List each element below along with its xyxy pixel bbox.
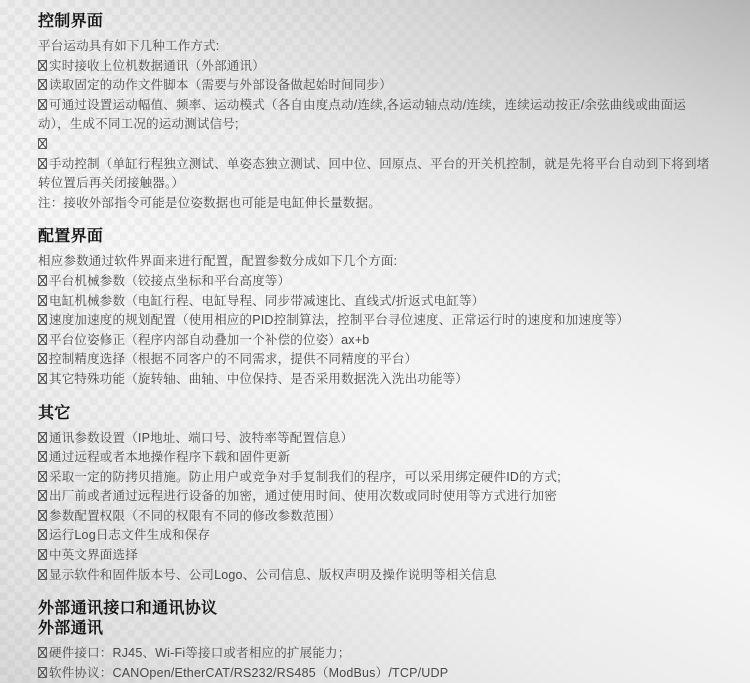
bullet-item: 读取固定的动作文件脚本（需要与外部设备做起始时间同步） <box>38 76 710 96</box>
ballot-box-x-icon <box>38 549 47 560</box>
bullet-item-text: 其它特殊功能（旋转轴、曲轴、中位保持、是否采用数据洗入洗出功能等） <box>49 372 468 386</box>
bullet-item-text: 控制精度选择（根据不同客户的不同需求，提供不同精度的平台） <box>49 352 417 366</box>
bullet-item: 其它特殊功能（旋转轴、曲轴、中位保持、是否采用数据洗入洗出功能等） <box>38 370 710 390</box>
bullet-item: 显示软件和固件版本号、公司Logo、公司信息、版权声明及操作说明等相关信息 <box>38 566 710 586</box>
bullet-item: 通过远程或者本地操作程序下载和固件更新 <box>38 448 710 468</box>
bullet-item-text: 运行Log日志文件生成和保存 <box>49 528 210 542</box>
bullet-item: 平台机械参数（铰接点坐标和平台高度等） <box>38 272 710 292</box>
bullet-item: 可通过设置运动幅值、频率、运动模式（各自由度点动/连续,各运动轴点动/连续，连续… <box>38 96 710 135</box>
bullet-item: 软件协议：CANOpen/EtherCAT/RS232/RS485（ModBus… <box>38 664 710 683</box>
bullet-item: 通讯参数设置（IP地址、端口号、波特率等配置信息） <box>38 429 710 449</box>
ballot-box-x-icon <box>38 510 47 521</box>
bullet-item: 电缸机械参数（电缸行程、电缸导程、同步带减速比、直线式/折返式电缸等） <box>38 292 710 312</box>
bullet-item-text: 电缸机械参数（电缸行程、电缸导程、同步带减速比、直线式/折返式电缸等） <box>49 294 484 308</box>
bullet-item-text: 读取固定的动作文件脚本（需要与外部设备做起始时间同步） <box>49 78 392 92</box>
document-body: 控制界面 平台运动具有如下几种工作方式: 实时接收上位机数据通讯（外部通讯） 读… <box>0 0 750 683</box>
bullet-item-text: 采取一定的防拷贝措施。防止用户或竞争对手复制我们的程序，可以采用绑定硬件ID的方… <box>49 470 561 484</box>
bullet-item-text: 通讯参数设置（IP地址、端口号、波特率等配置信息） <box>49 431 353 445</box>
section-external-comm: 外部通讯接口和通讯协议 外部通讯 硬件接口：RJ45、Wi-Fi等接口或者相应的… <box>38 600 710 683</box>
bullet-item-text: 硬件接口：RJ45、Wi-Fi等接口或者相应的扩展能力； <box>49 646 350 660</box>
ballot-box-x-icon <box>38 667 47 678</box>
bullet-item: 实时接收上位机数据通讯（外部通讯） <box>38 57 710 77</box>
ballot-box-x-icon <box>38 647 47 658</box>
bullet-item: 运行Log日志文件生成和保存 <box>38 526 710 546</box>
ballot-box-x-icon <box>38 569 47 580</box>
bullet-item: 平台位姿修正（程序内部自动叠加一个补偿的位姿）ax+b <box>38 331 710 351</box>
bullet-item: 硬件接口：RJ45、Wi-Fi等接口或者相应的扩展能力； <box>38 644 710 664</box>
bullet-item <box>38 135 710 155</box>
bullet-item-text: 显示软件和固件版本号、公司Logo、公司信息、版权声明及操作说明等相关信息 <box>49 568 497 582</box>
text-line: 相应参数通过软件界面来进行配置，配置参数分成如下几个方面: <box>38 252 710 272</box>
bullet-item-text: 通过远程或者本地操作程序下载和固件更新 <box>49 450 290 464</box>
ballot-box-x-icon <box>38 373 47 384</box>
bullet-item-text: 手动控制（单缸行程独立测试、单姿态独立测试、回中位、回原点、平台的开关机控制，就… <box>38 157 709 191</box>
bullet-item: 手动控制（单缸行程独立测试、单姿态独立测试、回中位、回原点、平台的开关机控制，就… <box>38 155 710 194</box>
ballot-box-x-icon <box>38 314 47 325</box>
bullet-item: 速度加速度的规划配置（使用相应的PID控制算法，控制平台寻位速度、正常运行时的速… <box>38 311 710 331</box>
ballot-box-x-icon <box>38 60 47 71</box>
bullet-item-text: 实时接收上位机数据通讯（外部通讯） <box>49 59 265 73</box>
section-config-interface: 配置界面 相应参数通过软件界面来进行配置，配置参数分成如下几个方面: 平台机械参… <box>38 228 710 389</box>
ballot-box-x-icon <box>38 138 47 149</box>
text-line: 平台运动具有如下几种工作方式: <box>38 37 710 57</box>
section-control-interface: 控制界面 平台运动具有如下几种工作方式: 实时接收上位机数据通讯（外部通讯） 读… <box>38 13 710 213</box>
ballot-box-x-icon <box>38 471 47 482</box>
ballot-box-x-icon <box>38 490 47 501</box>
ballot-box-x-icon <box>38 451 47 462</box>
bullet-item: 控制精度选择（根据不同客户的不同需求，提供不同精度的平台） <box>38 350 710 370</box>
bullet-item-text: 软件协议：CANOpen/EtherCAT/RS232/RS485（ModBus… <box>49 666 448 680</box>
page-background: 控制界面 平台运动具有如下几种工作方式: 实时接收上位机数据通讯（外部通讯） 读… <box>0 0 750 683</box>
bullet-item-text: 平台机械参数（铰接点坐标和平台高度等） <box>49 274 290 288</box>
bullet-item: 参数配置权限（不同的权限有不同的修改参数范围） <box>38 507 710 527</box>
ballot-box-x-icon <box>38 158 47 169</box>
ballot-box-x-icon <box>38 529 47 540</box>
ballot-box-x-icon <box>38 432 47 443</box>
line-text: 相应参数通过软件界面来进行配置，配置参数分成如下几个方面: <box>38 254 397 268</box>
bullet-item-text: 速度加速度的规划配置（使用相应的PID控制算法，控制平台寻位速度、正常运行时的速… <box>49 313 629 327</box>
note-line: 注：接收外部指令可能是位姿数据也可能是电缸伸长量数据。 <box>38 194 710 214</box>
section-heading: 控制界面 <box>38 13 710 31</box>
section-subheading: 外部通讯 <box>38 620 710 638</box>
bullet-item-text: 中英文界面选择 <box>49 548 138 562</box>
ballot-box-x-icon <box>38 334 47 345</box>
ballot-box-x-icon <box>38 275 47 286</box>
bullet-item-text: 出厂前或者通过远程进行设备的加密，通过使用时间、使用次数或同时使用等方式进行加密 <box>49 489 557 503</box>
bullet-item-text: 平台位姿修正（程序内部自动叠加一个补偿的位姿）ax+b <box>49 333 369 347</box>
bullet-item-text: 参数配置权限（不同的权限有不同的修改参数范围） <box>49 509 341 523</box>
ballot-box-x-icon <box>38 353 47 364</box>
line-text: 注：接收外部指令可能是位姿数据也可能是电缸伸长量数据。 <box>38 196 381 210</box>
line-text: 平台运动具有如下几种工作方式: <box>38 39 219 53</box>
bullet-item: 出厂前或者通过远程进行设备的加密，通过使用时间、使用次数或同时使用等方式进行加密 <box>38 487 710 507</box>
bullet-item-text: 可通过设置运动幅值、频率、运动模式（各自由度点动/连续,各运动轴点动/连续，连续… <box>38 98 686 132</box>
section-other: 其它 通讯参数设置（IP地址、端口号、波特率等配置信息） 通过远程或者本地操作程… <box>38 405 710 586</box>
section-heading: 外部通讯接口和通讯协议 <box>38 600 710 618</box>
ballot-box-x-icon <box>38 99 47 110</box>
section-heading: 配置界面 <box>38 228 710 246</box>
ballot-box-x-icon <box>38 79 47 90</box>
bullet-item: 中英文界面选择 <box>38 546 710 566</box>
bullet-item: 采取一定的防拷贝措施。防止用户或竞争对手复制我们的程序，可以采用绑定硬件ID的方… <box>38 468 710 488</box>
ballot-box-x-icon <box>38 295 47 306</box>
section-heading: 其它 <box>38 405 710 423</box>
